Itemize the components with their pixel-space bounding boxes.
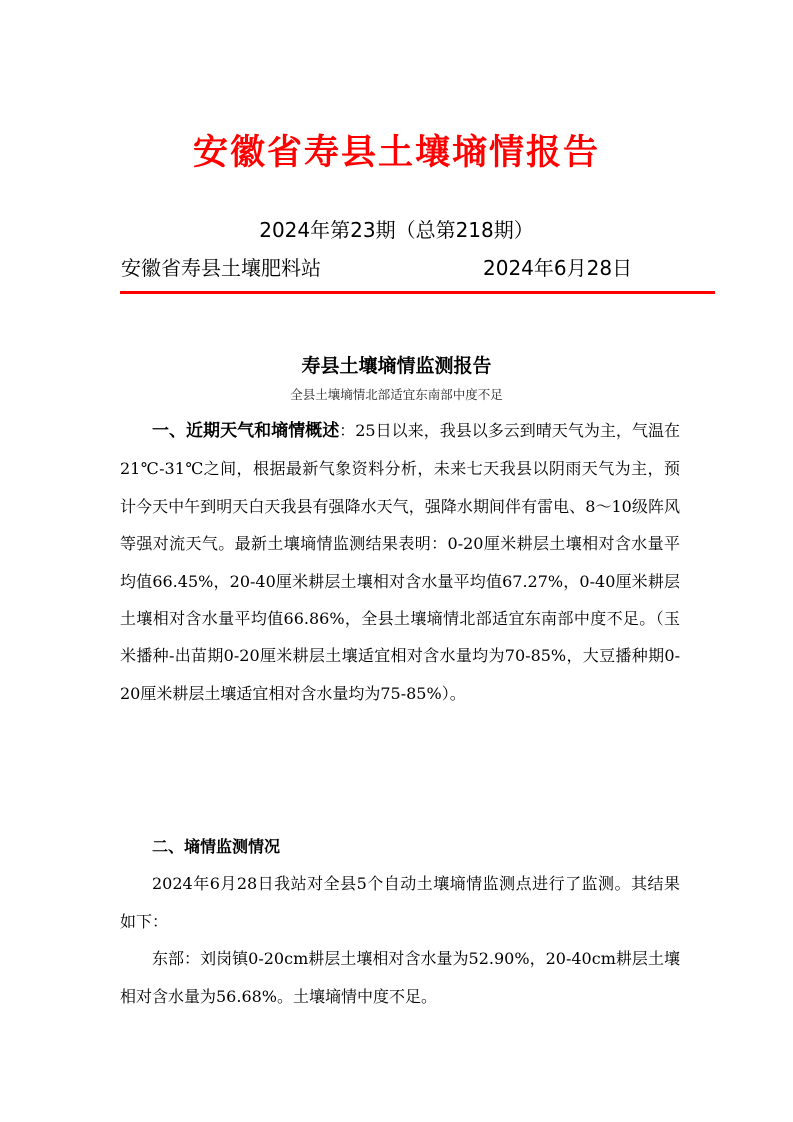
section-monitoring: 二、墒情监测情况 2024年6月28日我站对全县5个自动土壤墒情监测点进行了监测… <box>120 828 680 1015</box>
section-heading: 二、墒情监测情况 <box>120 828 680 865</box>
section-weather-overview: 一、近期天气和墒情概述：25日以来，我县以多云到晴天气为主，气温在21℃-31℃… <box>120 412 680 712</box>
report-title: 寿县土壤墒情监测报告 <box>0 352 793 380</box>
paragraph: 一、近期天气和墒情概述：25日以来，我县以多云到晴天气为主，气温在21℃-31℃… <box>120 412 680 712</box>
heading-colon: ： <box>339 421 355 440</box>
publisher-org: 安徽省寿县土壤肥料站 <box>121 253 321 283</box>
publish-date: 2024年6月28日 <box>483 253 632 283</box>
paragraph-text: 25日以来，我县以多云到晴天气为主，气温在21℃-31℃之间，根据最新气象资料分… <box>120 421 680 703</box>
paragraph-east: 东部：刘岗镇0-20cm耕层土壤相对含水量为52.90%，20-40cm耕层土壤… <box>120 940 680 1015</box>
section-heading: 一、近期天气和墒情概述 <box>152 421 339 441</box>
issue-number: 2024年第23期（总第218期） <box>0 215 793 245</box>
paragraph-intro: 2024年6月28日我站对全县5个自动土壤墒情监测点进行了监测。其结果如下： <box>120 865 680 940</box>
header-divider <box>120 291 715 294</box>
report-subtitle: 全县土壤墒情北部适宜东南部中度不足 <box>0 385 793 405</box>
masthead-title: 安徽省寿县土壤墒情报告 <box>0 128 793 178</box>
